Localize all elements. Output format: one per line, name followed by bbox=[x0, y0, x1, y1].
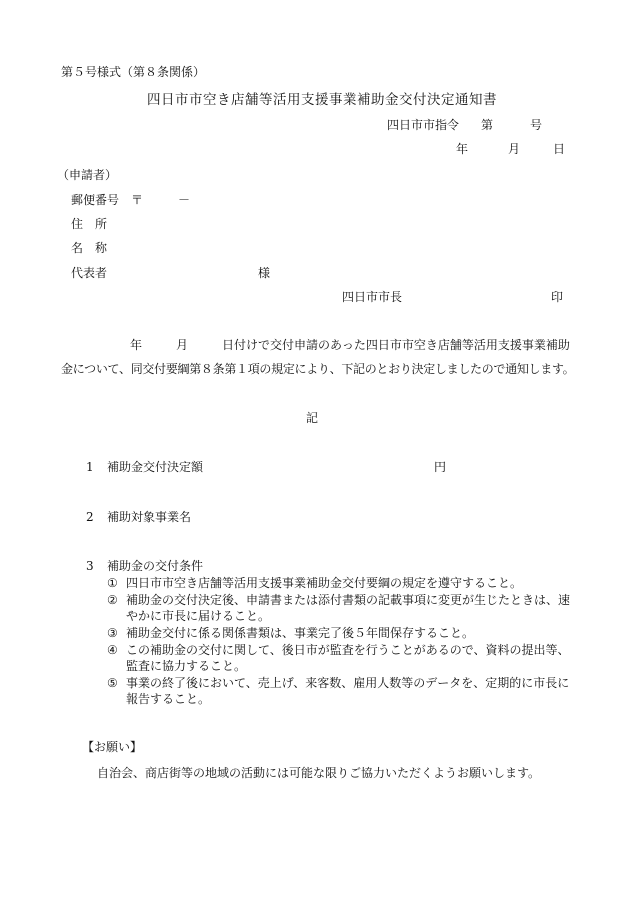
name-label: 名 称 bbox=[71, 241, 107, 255]
seal-mark: 印 bbox=[551, 290, 563, 304]
applicant-heading: （申請者） bbox=[57, 168, 117, 182]
condition-3: ③ 補助金交付に係る関係書類は、事業完了後５年間保存すること。 bbox=[107, 625, 577, 641]
condition-2-mark: ② bbox=[107, 592, 118, 608]
item-3-label: 補助金の交付条件 bbox=[107, 559, 203, 573]
condition-5: ⑤ 事業の終了後において、売上げ、来客数、雇用人数等のデータを、定期的に市長に報… bbox=[107, 675, 577, 707]
condition-1: ① 四日市市空き店舗等活用支援事業補助金交付要綱の規定を遵守すること。 bbox=[107, 575, 577, 591]
body-year: 年 bbox=[130, 338, 142, 352]
postal-label: 郵便番号 bbox=[71, 193, 119, 207]
body-line2: 金について、同交付要綱第８条第１項の規定により、下記のとおり決定しましたので通知… bbox=[61, 362, 574, 376]
item-1-number: 1 bbox=[86, 460, 94, 474]
issuer-label: 四日市市長 bbox=[342, 290, 402, 304]
item-1-label: 補助金交付決定額 bbox=[107, 460, 203, 474]
item-1-yen: 円 bbox=[434, 460, 446, 474]
request-text: 自治会、商店街等の地域の活動には可能な限りご協力いただくようお願いします。 bbox=[97, 766, 540, 780]
body-line1: 日付けで交付申請のあった四日市市空き店舗等活用支援事業補助 bbox=[222, 338, 570, 352]
ref-prefix: 四日市市指令 bbox=[387, 118, 459, 132]
condition-2-text: 補助金の交付決定後、申請書または添付書類の記載事項に変更が生じたときは、速やかに… bbox=[126, 592, 577, 624]
ref-dai: 第 bbox=[481, 118, 493, 132]
request-heading: 【お願い】 bbox=[82, 740, 142, 754]
representative-label: 代表者 bbox=[71, 266, 107, 280]
condition-1-mark: ① bbox=[107, 575, 118, 591]
postal-mark: 〒 bbox=[131, 193, 143, 207]
condition-4: ④ この補助金の交付に関して、後日市が監査を行うことがあるので、資料の提出等、監… bbox=[107, 642, 577, 674]
item-2-label: 補助対象事業名 bbox=[107, 510, 191, 524]
date-year: 年 bbox=[456, 142, 468, 156]
date-day: 日 bbox=[553, 142, 565, 156]
honorific: 様 bbox=[258, 266, 270, 280]
address-label: 住 所 bbox=[71, 217, 107, 231]
condition-4-text: この補助金の交付に関して、後日市が監査を行うことがあるので、資料の提出等、監査に… bbox=[126, 642, 577, 674]
body-month: 月 bbox=[176, 338, 188, 352]
condition-4-mark: ④ bbox=[107, 642, 118, 658]
condition-5-text: 事業の終了後において、売上げ、来客数、雇用人数等のデータを、定期的に市長に報告す… bbox=[126, 675, 577, 707]
ki-heading: 記 bbox=[306, 411, 318, 425]
condition-3-text: 補助金交付に係る関係書類は、事業完了後５年間保存すること。 bbox=[126, 625, 577, 641]
condition-5-mark: ⑤ bbox=[107, 675, 118, 691]
condition-1-text: 四日市市空き店舗等活用支援事業補助金交付要綱の規定を遵守すること。 bbox=[126, 575, 577, 591]
item-3-number: 3 bbox=[86, 559, 94, 573]
form-number: 第５号様式（第８条関係） bbox=[61, 65, 205, 79]
item-2-number: 2 bbox=[86, 510, 94, 524]
condition-2: ② 補助金の交付決定後、申請書または添付書類の記載事項に変更が生じたときは、速や… bbox=[107, 592, 577, 624]
condition-3-mark: ③ bbox=[107, 625, 118, 641]
document-title: 四日市市空き店舗等活用支援事業補助金交付決定通知書 bbox=[147, 93, 497, 107]
date-month: 月 bbox=[508, 142, 520, 156]
ref-go: 号 bbox=[530, 118, 542, 132]
postal-dash: － bbox=[178, 193, 190, 207]
